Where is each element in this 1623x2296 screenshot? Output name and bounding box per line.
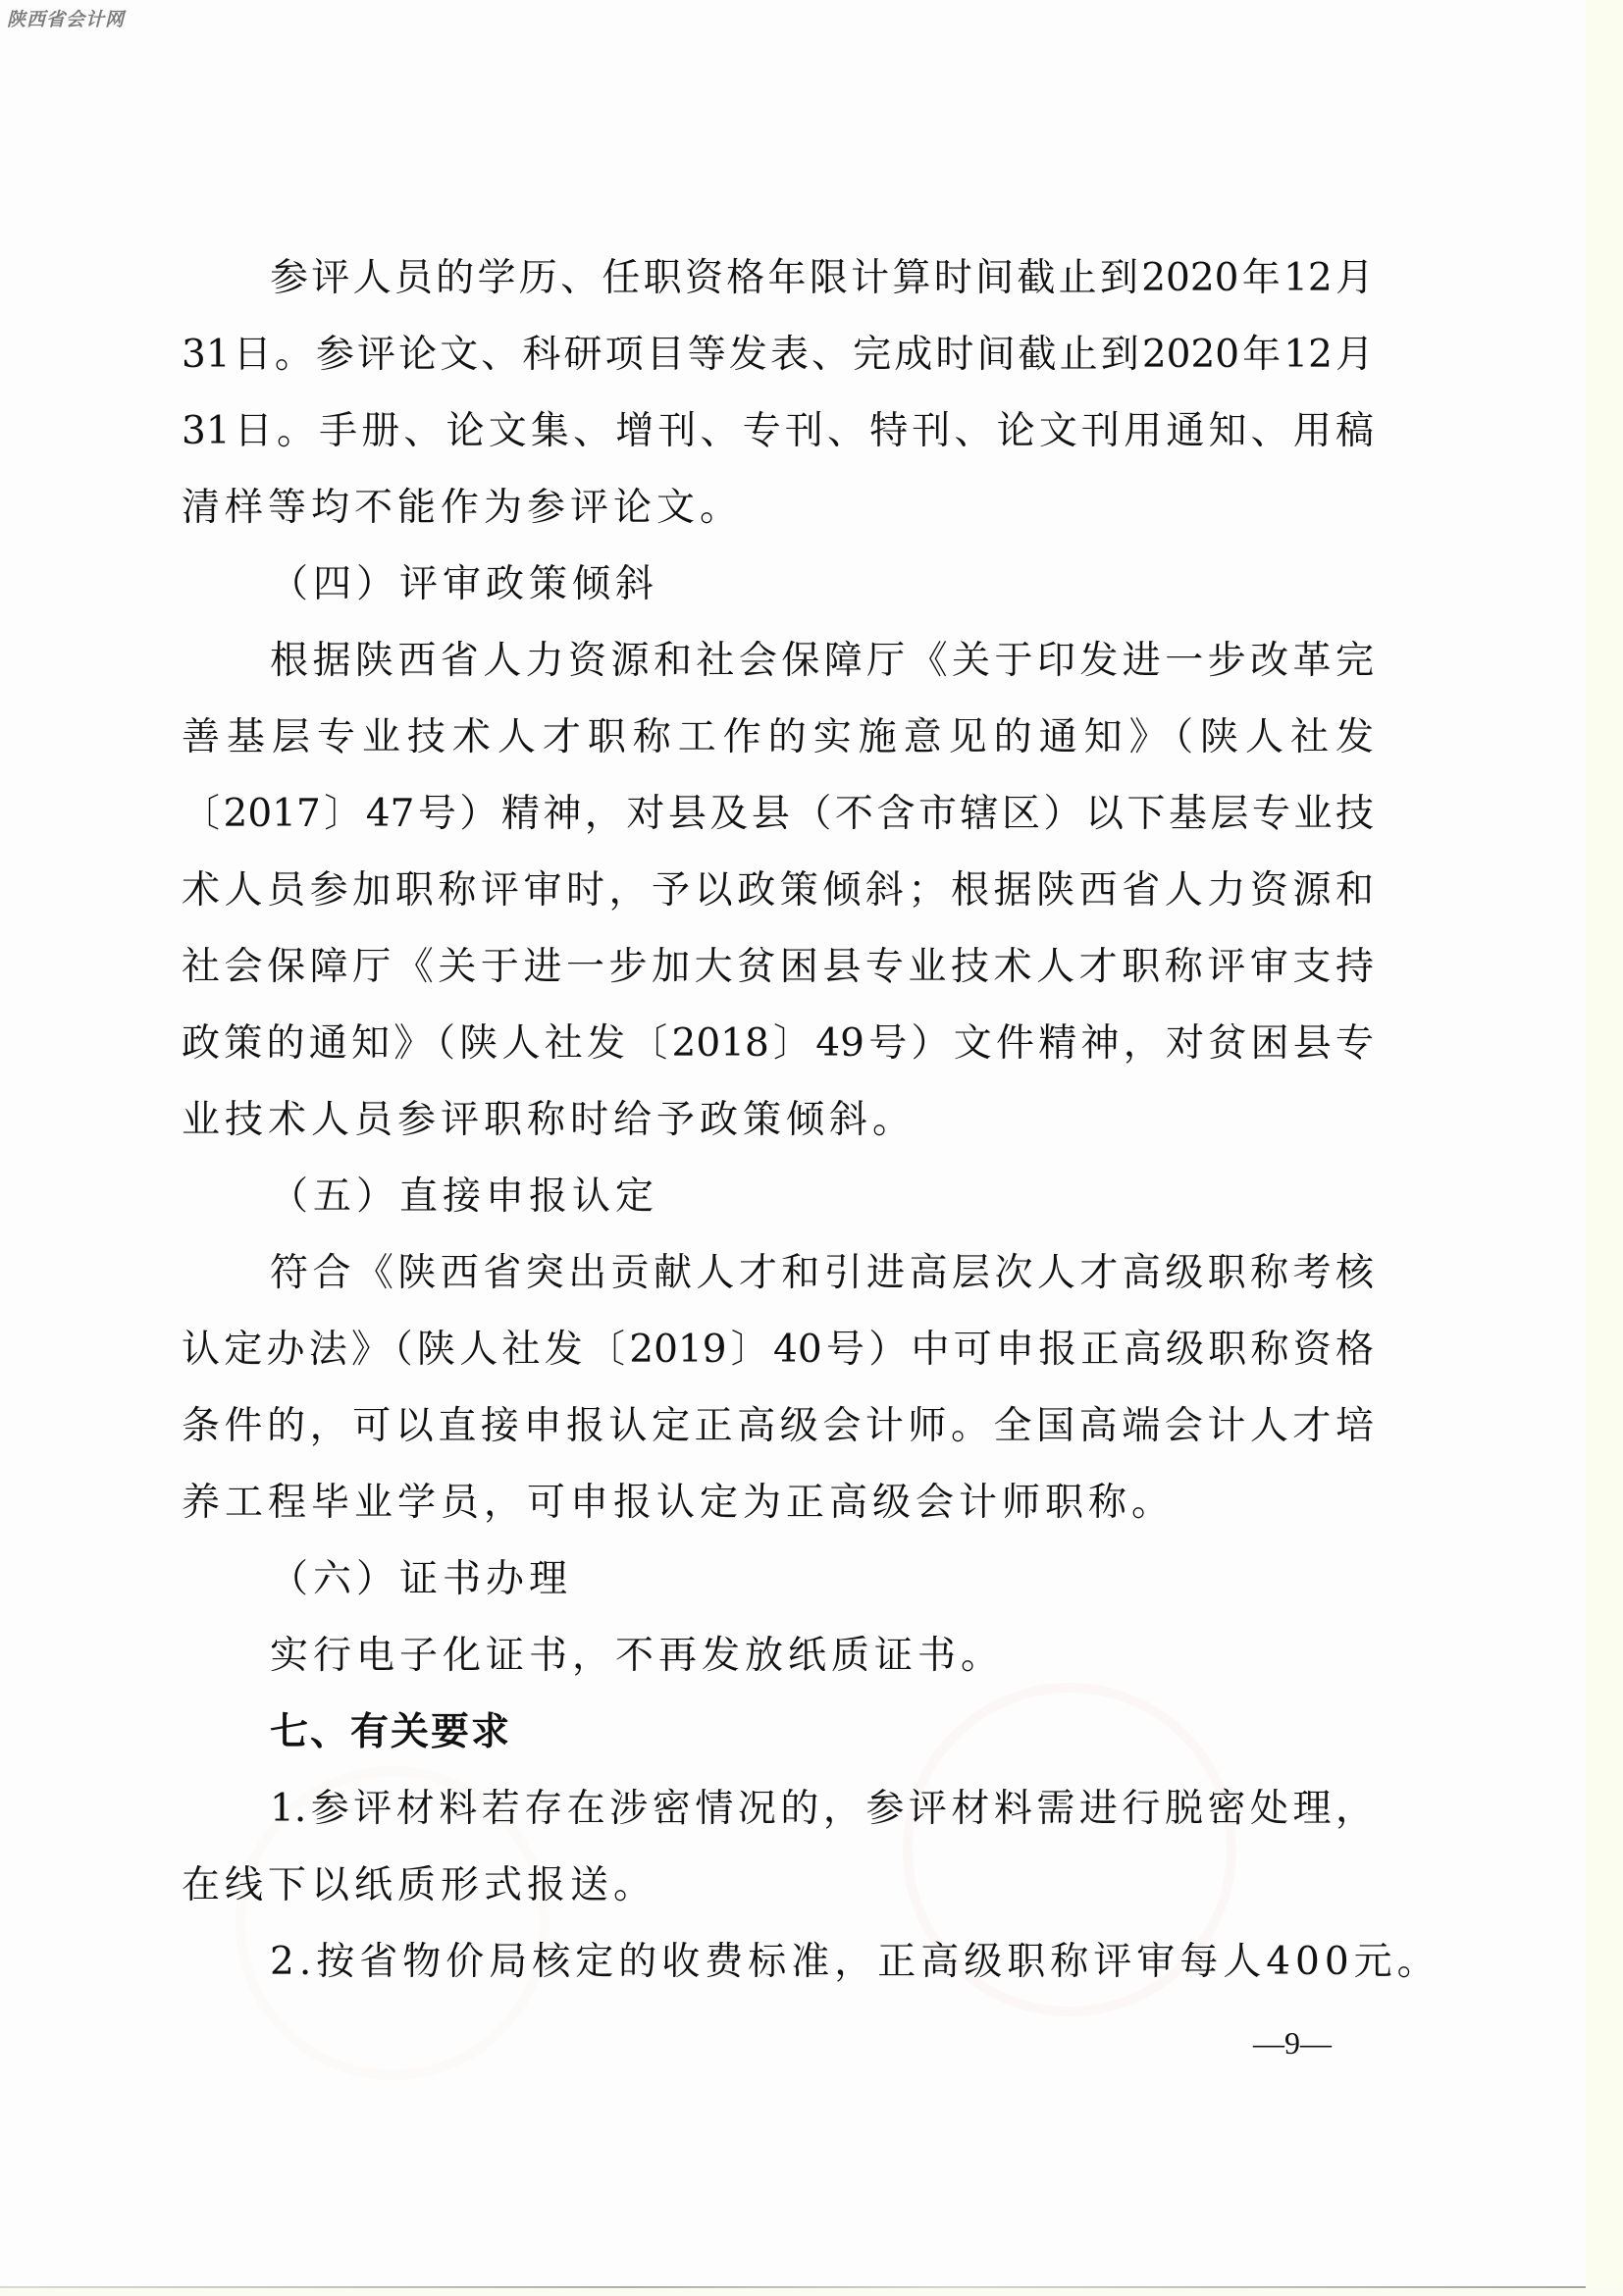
paragraph-line: 实行电子化证书，不再发放纸质证书。 <box>270 1627 1374 1686</box>
paragraph-line: 业技术人员参评职称时给予政策倾斜。 <box>182 1091 1374 1150</box>
page-number: —9— <box>1238 2023 1346 2062</box>
paragraph-line: 31日。手册、论文集、增刊、专刊、特刊、论文刊用通知、用稿 <box>182 402 1374 461</box>
paragraph-line: 〔2017〕47号）精神，对县及县（不含市辖区）以下基层专业技 <box>182 785 1374 844</box>
paragraph-line: 社会保障厅《关于进一步加大贫困县专业技术人才职称评审支持 <box>182 938 1374 997</box>
section-heading-5: （五）直接申报认定 <box>270 1168 1374 1226</box>
paragraph-line: 清样等均不能作为参评论文。 <box>182 479 1374 538</box>
paragraph-line: 养工程毕业学员，可申报认定为正高级会计师职称。 <box>182 1474 1374 1533</box>
paragraph-line: 条件的，可以直接申报认定正高级会计师。全国高端会计人才培 <box>182 1397 1374 1456</box>
chapter-heading-7: 七、有关要求 <box>270 1703 1374 1762</box>
paragraph-line: 政策的通知》（陕人社发〔2018〕49号）文件精神，对贫困县专 <box>182 1015 1374 1073</box>
paragraph-line: 根据陕西省人力资源和社会保障厅《关于印发进一步改革完 <box>270 632 1374 691</box>
paragraph-line: 符合《陕西省突出贡献人才和引进高层次人才高级职称考核 <box>270 1244 1374 1303</box>
paragraph-line: 善基层专业技术人才职称工作的实施意见的通知》（陕人社发 <box>182 708 1374 767</box>
paragraph-line: 31日。参评论文、科研项目等发表、完成时间截止到2020年12月 <box>182 326 1374 385</box>
section-heading-6: （六）证书办理 <box>270 1550 1374 1609</box>
requirement-item-1: 1.参评材料若存在涉密情况的，参评材料需进行脱密处理， <box>270 1780 1374 1839</box>
requirement-item-2: 2.按省物价局核定的收费标准，正高级职称评审每人400元。 <box>270 1933 1374 1992</box>
paragraph-line: 术人员参加职称评审时，予以政策倾斜；根据陕西省人力资源和 <box>182 861 1374 920</box>
section-heading-4: （四）评审政策倾斜 <box>270 555 1374 614</box>
document-page: 参评人员的学历、任职资格年限计算时间截止到2020年12月 31日。参评论文、科… <box>0 0 1623 2296</box>
paragraph-line: 认定办法》（陕人社发〔2019〕40号）中可申报正高级职称资格 <box>182 1321 1374 1380</box>
paragraph-line: 参评人员的学历、任职资格年限计算时间截止到2020年12月 <box>270 249 1374 308</box>
paragraph-line: 在线下以纸质形式报送。 <box>182 1856 1374 1915</box>
